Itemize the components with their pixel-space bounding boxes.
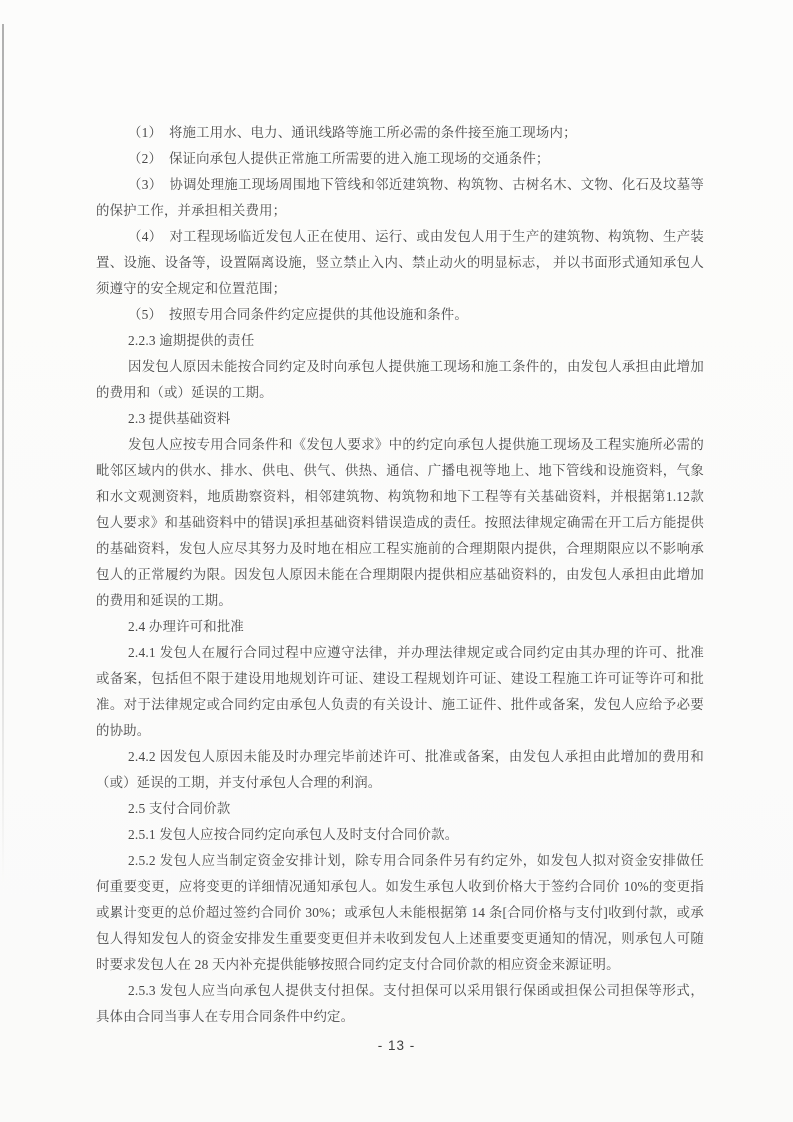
text-line: 2.2.3 逾期提供的责任 (96, 328, 704, 354)
text-line: 的协助。 (96, 718, 704, 744)
text-line: 2.5 支付合同价款 (96, 796, 704, 822)
text-line: 或累计变更的总价超过签约合同价 30%；或承包人未能根据第 14 条[合同价格与… (96, 900, 704, 926)
text-line: 时要求发包人在 28 天内补充提供能够按照合同约定支付合同价款的相应资金来源证明… (96, 952, 704, 978)
text-line: 2.4.2 因发包人原因未能及时办理完毕前述许可、批准或备案，由发包人承担由此增… (96, 744, 704, 770)
text-line: 毗邻区域内的供水、排水、供电、供气、供热、通信、广播电视等地上、地下管线和设施资… (96, 458, 704, 484)
text-line: 2.4 办理许可和批准 (96, 614, 704, 640)
text-line: 2.5.2 发包人应当制定资金安排计划，除专用合同条件另有约定外，如发包人拟对资… (96, 848, 704, 874)
text-line: （3） 协调处理施工现场周围地下管线和邻近建筑物、构筑物、古树名木、文物、化石及… (96, 172, 704, 198)
text-line: 包人得知发包人的资金安排发生重要变更但并未收到发包人上述重要变更通知的情况，则承… (96, 926, 704, 952)
text-line: 的保护工作，并承担相关费用； (96, 198, 704, 224)
scan-edge-artifact (2, 24, 4, 884)
page-number: - 13 - (0, 1038, 793, 1053)
text-line: 具体由合同当事人在专用合同条件中约定。 (96, 1004, 704, 1030)
text-line: 何重要变更，应将变更的详细情况通知承包人。如发生承包人收到价格大于签约合同价 1… (96, 874, 704, 900)
text-line: 2.3 提供基础资料 (96, 406, 704, 432)
text-line: 发包人应按专用合同条件和《发包人要求》中的约定向承包人提供施工现场及工程实施所必… (96, 432, 704, 458)
text-line: 准。对于法律规定或合同约定由承包人负责的有关设计、施工证件、批件或备案，发包人应… (96, 692, 704, 718)
text-line: 的基础资料，发包人应尽其努力及时地在相应工程实施前的合理期限内提供，合理期限应以… (96, 536, 704, 562)
text-line: 包人要求》和基础资料中的错误]承担基础资料错误造成的责任。按照法律规定确需在开工… (96, 510, 704, 536)
text-line: （2） 保证向承包人提供正常施工所需要的进入施工现场的交通条件； (96, 146, 704, 172)
text-line: 的费用和（或）延误的工期。 (96, 380, 704, 406)
text-line: （5） 按照专用合同条件约定应提供的其他设施和条件。 (96, 302, 704, 328)
text-line: 包人的正常履约为限。因发包人原因未能在合理期限内提供相应基础资料的，由发包人承担… (96, 562, 704, 588)
text-line: 或备案，包括但不限于建设用地规划许可证、建设工程规划许可证、建设工程施工许可证等… (96, 666, 704, 692)
text-line: 须遵守的安全规定和位置范围； (96, 276, 704, 302)
text-line: 置、设施、设备等，设置隔离设施，竖立禁止入内、禁止动火的明显标志， 并以书面形式… (96, 250, 704, 276)
document-page: （1） 将施工用水、电力、通讯线路等施工所必需的条件接至施工现场内；（2） 保证… (0, 0, 793, 1122)
text-line: （1） 将施工用水、电力、通讯线路等施工所必需的条件接至施工现场内； (96, 120, 704, 146)
text-line: 和水文观测资料，地质勘察资料，相邻建筑物、构筑物和地下工程等有关基础资料，并根据… (96, 484, 704, 510)
text-line: 2.4.1 发包人在履行合同过程中应遵守法律，并办理法律规定或合同约定由其办理的… (96, 640, 704, 666)
document-lines: （1） 将施工用水、电力、通讯线路等施工所必需的条件接至施工现场内；（2） 保证… (96, 120, 704, 1030)
text-line: 的费用和延误的工期。 (96, 588, 704, 614)
text-line: 因发包人原因未能按合同约定及时向承包人提供施工现场和施工条件的，由发包人承担由此… (96, 354, 704, 380)
text-line: 2.5.3 发包人应当向承包人提供支付担保。支付担保可以采用银行保函或担保公司担… (96, 978, 704, 1004)
text-line: （或）延误的工期，并支付承包人合理的利润。 (96, 770, 704, 796)
text-line: （4） 对工程现场临近发包人正在使用、运行、或由发包人用于生产的建筑物、构筑物、… (96, 224, 704, 250)
text-line: 2.5.1 发包人应按合同约定向承包人及时支付合同价款。 (96, 822, 704, 848)
